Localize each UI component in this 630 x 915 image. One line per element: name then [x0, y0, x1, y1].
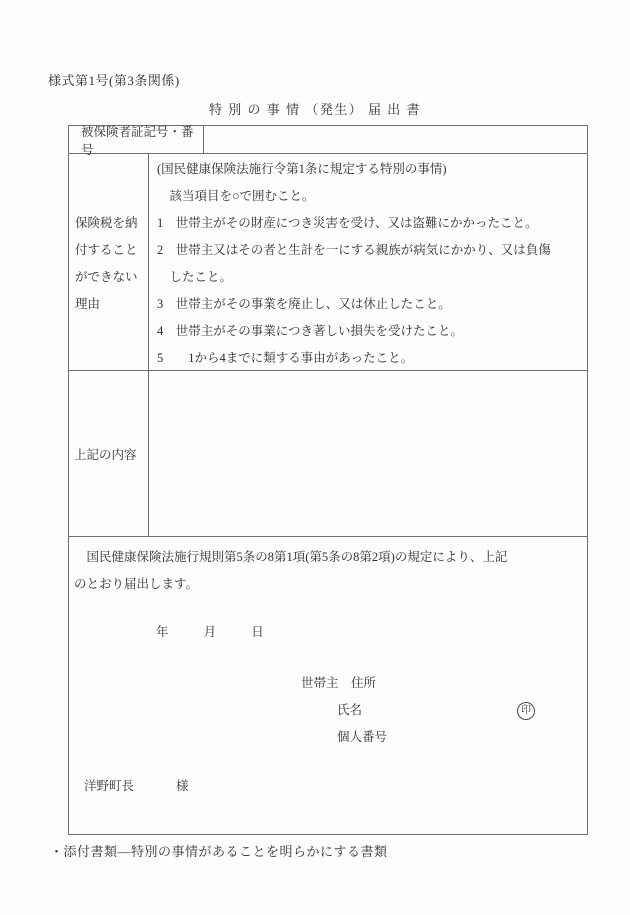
contents-row: 上記の内容 — [69, 371, 587, 537]
date-line[interactable]: 年 月 日 — [156, 619, 264, 646]
reason-options: (国民健康保険法施行令第1条に規定する特別の事情) 該当項目を○で囲むこと。 1… — [149, 154, 587, 370]
reason-label-line: ができない — [75, 264, 148, 291]
reason-item-5: 5 1から4までに類する事由があったこと。 — [157, 345, 583, 372]
month-label: 月 — [204, 619, 217, 646]
contents-label: 上記の内容 — [69, 371, 149, 536]
addressee-honorific: 様 — [176, 776, 189, 794]
attachment-note: ・添付書類―特別の事情があることを明らかにする書類 — [50, 841, 388, 860]
reason-item-4: 4 世帯主がその事業につき著しい損失を受けたこと。 — [157, 318, 583, 345]
declaration-line: 国民健康保険法施行規則第5条の8第1項(第5条の8第2項)の規定により、上記 — [74, 544, 579, 571]
form-title: 特 別 の 事 情 （発生） 届 出 書 — [0, 99, 630, 118]
contents-value-cell[interactable] — [149, 371, 587, 536]
householder-address-label: 世帯主 住所 — [301, 673, 376, 691]
year-label: 年 — [156, 619, 169, 646]
reason-item-2-cont: したこと。 — [157, 264, 583, 291]
reason-label-line: 理由 — [75, 291, 148, 318]
reason-label-line: 保険税を納 — [75, 210, 148, 237]
day-label: 日 — [251, 619, 264, 646]
reason-label: 保険税を納 付すること ができない 理由 — [69, 154, 149, 370]
reason-instruction: 該当項目を○で囲むこと。 — [157, 183, 583, 210]
declaration-section: 国民健康保険法施行規則第5条の8第1項(第5条の8第2項)の規定により、上記 の… — [69, 537, 587, 834]
addressee-line: 洋野町長様 — [84, 776, 189, 794]
householder-name-label: 氏名 — [337, 700, 362, 718]
reason-label-line: 付すること — [75, 237, 148, 264]
form-number: 様式第1号(第3条関係) — [48, 70, 180, 89]
declaration-text: 国民健康保険法施行規則第5条の8第1項(第5条の8第2項)の規定により、上記 の… — [74, 544, 579, 598]
insured-number-value-cell[interactable] — [204, 126, 587, 153]
reason-heading: (国民健康保険法施行令第1条に規定する特別の事情) — [157, 156, 583, 183]
form-table: 被保険者証記号・番号 保険税を納 付すること ができない 理由 (国民健康保険法… — [68, 125, 588, 835]
reason-item-3: 3 世帯主がその事業を廃止し、又は休止したこと。 — [157, 291, 583, 318]
personal-number-label: 個人番号 — [337, 727, 387, 745]
insured-number-row: 被保険者証記号・番号 — [69, 126, 587, 154]
declaration-line: のとおり届出します。 — [74, 571, 579, 598]
addressee-name: 洋野町長 — [84, 779, 134, 793]
reason-item-2: 2 世帯主又はその者と生計を一にする親族が病気にかかり、又は負傷 — [157, 237, 583, 264]
reason-row: 保険税を納 付すること ができない 理由 (国民健康保険法施行令第1条に規定する… — [69, 154, 587, 371]
form-page: 様式第1号(第3条関係) 特 別 の 事 情 （発生） 届 出 書 被保険者証記… — [0, 0, 630, 915]
insured-number-label: 被保険者証記号・番号 — [69, 126, 204, 153]
seal-character: 印 — [521, 706, 531, 716]
seal-mark-icon: 印 — [517, 702, 535, 720]
reason-item-1: 1 世帯主がその財産につき災害を受け、又は盗難にかかったこと。 — [157, 210, 583, 237]
